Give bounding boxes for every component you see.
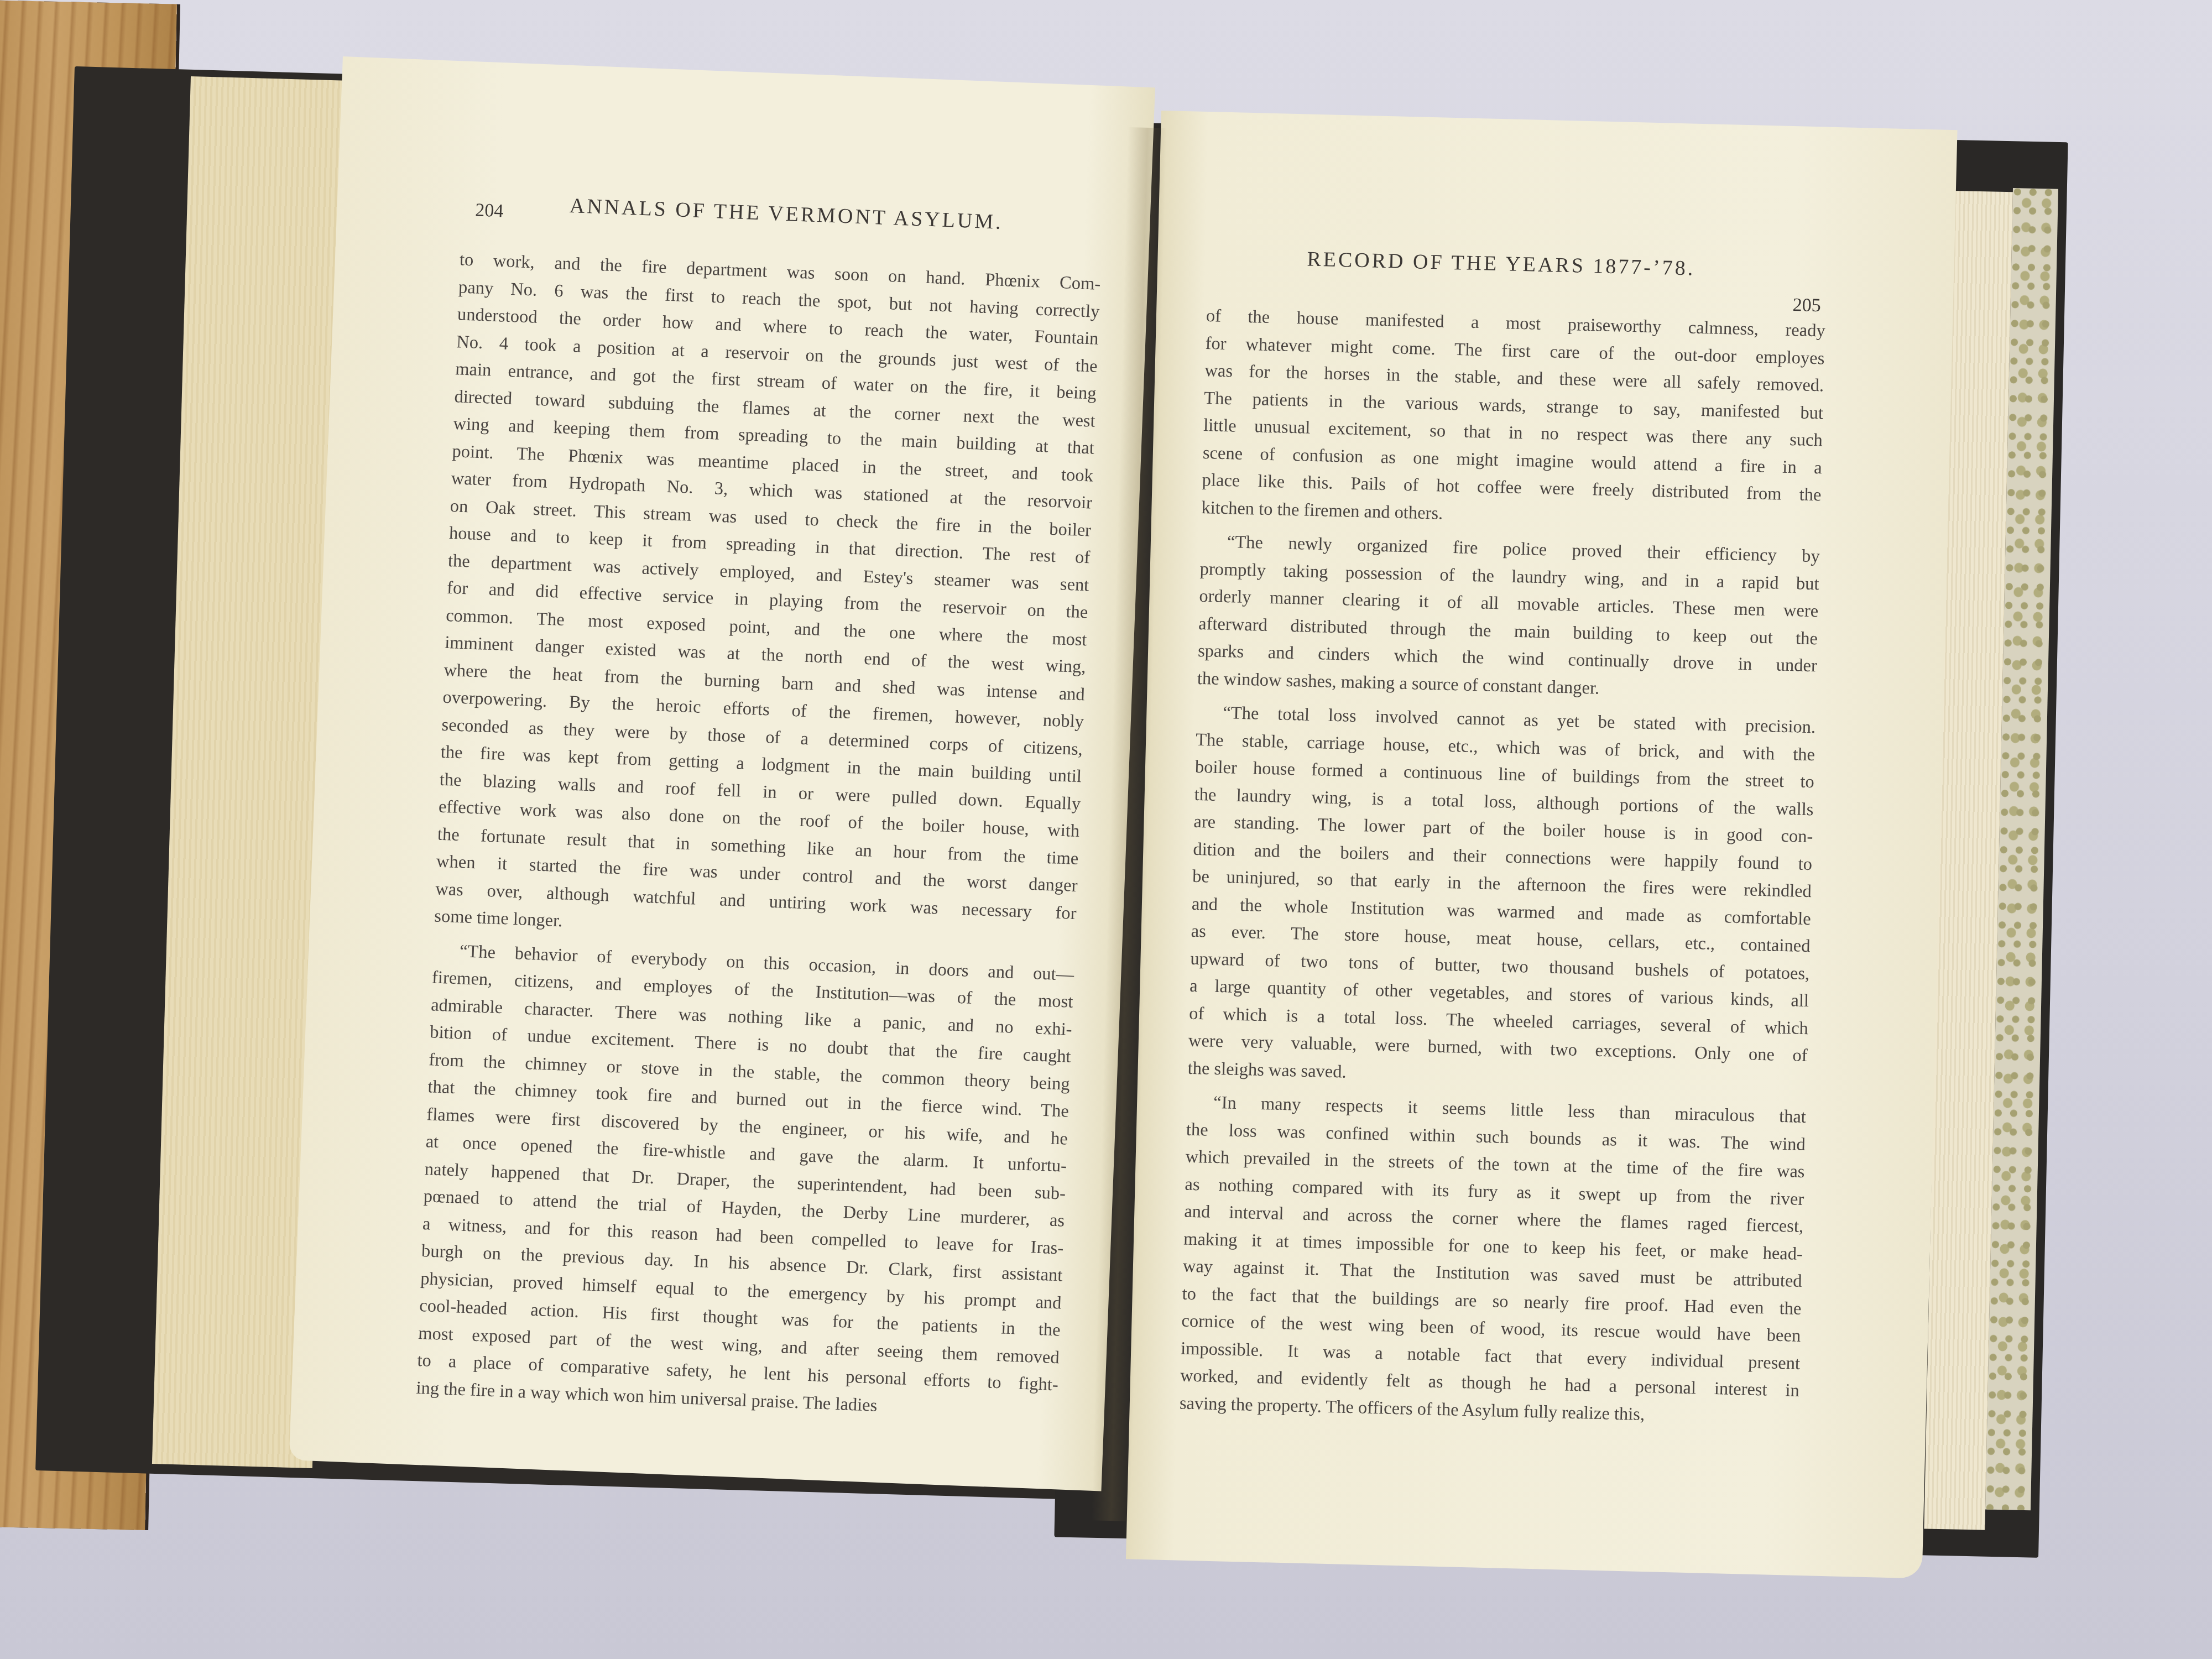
- left-page: 204 ANNALS OF THE VERMONT ASYLUM. to wor…: [289, 56, 1155, 1491]
- page-number-right: 205: [1792, 295, 1821, 316]
- running-head-right: RECORD OF THE YEARS 1877-’78.: [1307, 247, 1695, 281]
- paragraph: of the house manifested a most praisewor…: [1201, 302, 1825, 536]
- right-page: RECORD OF THE YEARS 1877-’78. 205 of the…: [1126, 111, 1958, 1578]
- paragraph: “The total loss involved cannot as yet b…: [1187, 699, 1816, 1097]
- paragraph: to work, and the fire department was soo…: [434, 246, 1101, 954]
- open-book: 204 ANNALS OF THE VERMONT ASYLUM. to wor…: [0, 0, 2212, 1659]
- page-number-left: 204: [475, 200, 504, 222]
- left-page-body: to work, and the fire department was soo…: [416, 246, 1101, 1426]
- paragraph: “The newly organized fire police proved …: [1197, 528, 1820, 707]
- paragraph: “The behavior of everybody on this occas…: [416, 937, 1074, 1426]
- paragraph: “In many respects it seems little less t…: [1179, 1089, 1806, 1432]
- right-page-body: of the house manifested a most praisewor…: [1179, 302, 1825, 1432]
- running-head-left: ANNALS OF THE VERMONT ASYLUM.: [569, 194, 1003, 234]
